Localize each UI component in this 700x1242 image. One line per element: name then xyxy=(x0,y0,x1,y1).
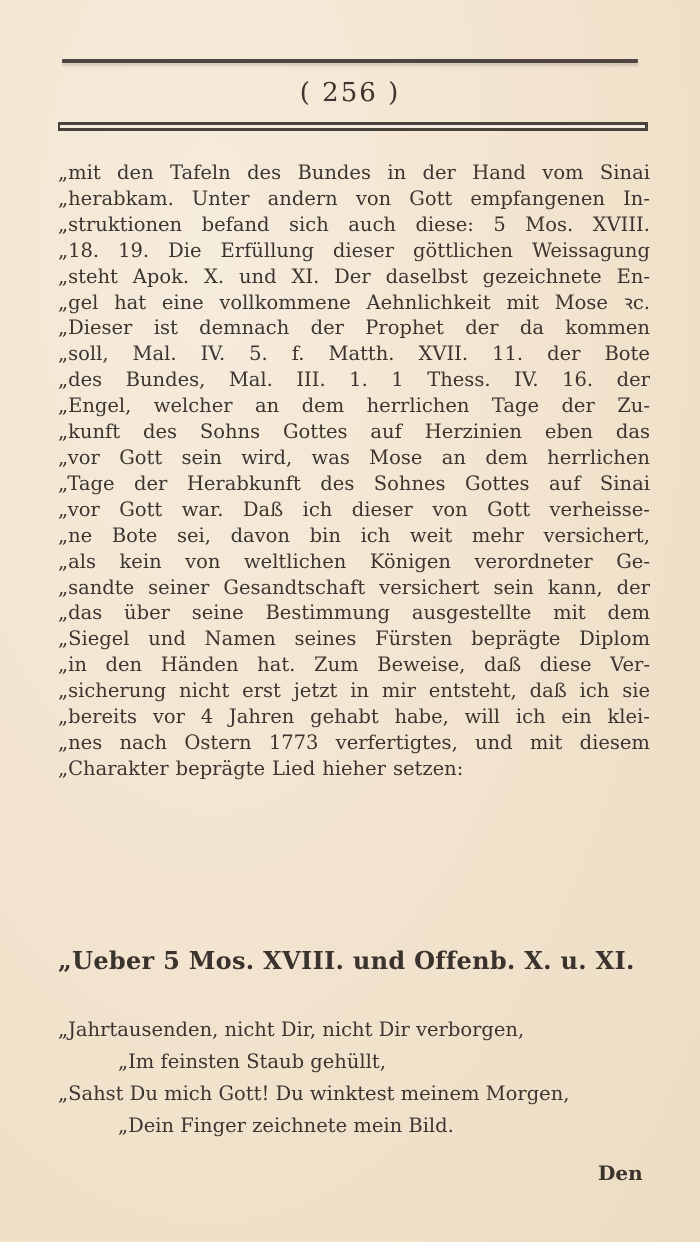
text-line: „SiegelundNamenseinesFürstenbeprägteDipl… xyxy=(58,626,650,652)
header-double-rule xyxy=(58,122,648,131)
text-line: „vorGottwar.DaßichdieservonGottverheisse… xyxy=(58,497,650,523)
text-line: „soll,Mal.IV.5.f.Matth.XVII.11.derBote xyxy=(58,341,650,367)
body-text: „mitdenTafelndesBundesinderHandvomSinai … xyxy=(58,160,650,782)
text-line: „stehtApok.X.undXI.Derdaselbstgezeichnet… xyxy=(58,264,650,290)
text-line: „DieseristdemnachderProphetderdakommen xyxy=(58,315,650,341)
text-line: „kunftdesSohnsGottesaufHerzinienebendas xyxy=(58,419,650,445)
page-number: ( 256 ) xyxy=(0,78,700,108)
text-line: „CharakterbeprägteLiedhiehersetzen: xyxy=(58,756,650,782)
text-line: „gelhateinevollkommeneAehnlichkeitmitMos… xyxy=(58,290,650,316)
text-line: „alskeinvonweltlichenKönigenverordneterG… xyxy=(58,549,650,575)
text-line: „mitdenTafelndesBundesinderHandvomSinai xyxy=(58,160,650,186)
text-line: „nesnachOstern1773verfertigtes,undmitdie… xyxy=(58,730,650,756)
text-line: „18.19.DieErfüllungdiesergöttlichenWeiss… xyxy=(58,238,650,264)
text-line: „sicherungnichterstjetztinmirentsteht,da… xyxy=(58,678,650,704)
text-line: „struktionenbefandsichauchdiese:5Mos.XVI… xyxy=(58,212,650,238)
catchword: Den xyxy=(598,1161,643,1185)
text-line: „indenHändenhat.ZumBeweise,daßdieseVer- xyxy=(58,652,650,678)
text-line: „bereitsvor4Jahrengehabthabe,willicheink… xyxy=(58,704,650,730)
verse-line: „Im feinsten Staub gehüllt, xyxy=(118,1050,386,1073)
poem-title: „Ueber 5 Mos. XVIII. und Offenb. X. u. X… xyxy=(58,946,658,975)
text-line: „sandteseinerGesandtschaftversichertsein… xyxy=(58,575,650,601)
verse-line: „Dein Finger zeichnete mein Bild. xyxy=(118,1114,454,1137)
text-line: „Engel,welcherandemherrlichenTagederZu- xyxy=(58,393,650,419)
text-line: „desBundes,Mal.III.1.1Thess.IV.16.der xyxy=(58,367,650,393)
text-line: „neBotesei,davonbinichweitmehrversichert… xyxy=(58,523,650,549)
verse-line: „Sahst Du mich Gott! Du winktest meinem … xyxy=(58,1082,570,1105)
text-line: „vorGottseinwird,wasMoseandemherrlichen xyxy=(58,445,650,471)
text-line: „herabkam.UnterandernvonGottempfangenenI… xyxy=(58,186,650,212)
text-line: „dasüberseineBestimmungausgestelltemitde… xyxy=(58,600,650,626)
top-rule xyxy=(62,59,638,63)
verse-line: „Jahrtausenden, nicht Dir, nicht Dir ver… xyxy=(58,1018,524,1041)
text-line: „TagederHerabkunftdesSohnesGottesaufSina… xyxy=(58,471,650,497)
